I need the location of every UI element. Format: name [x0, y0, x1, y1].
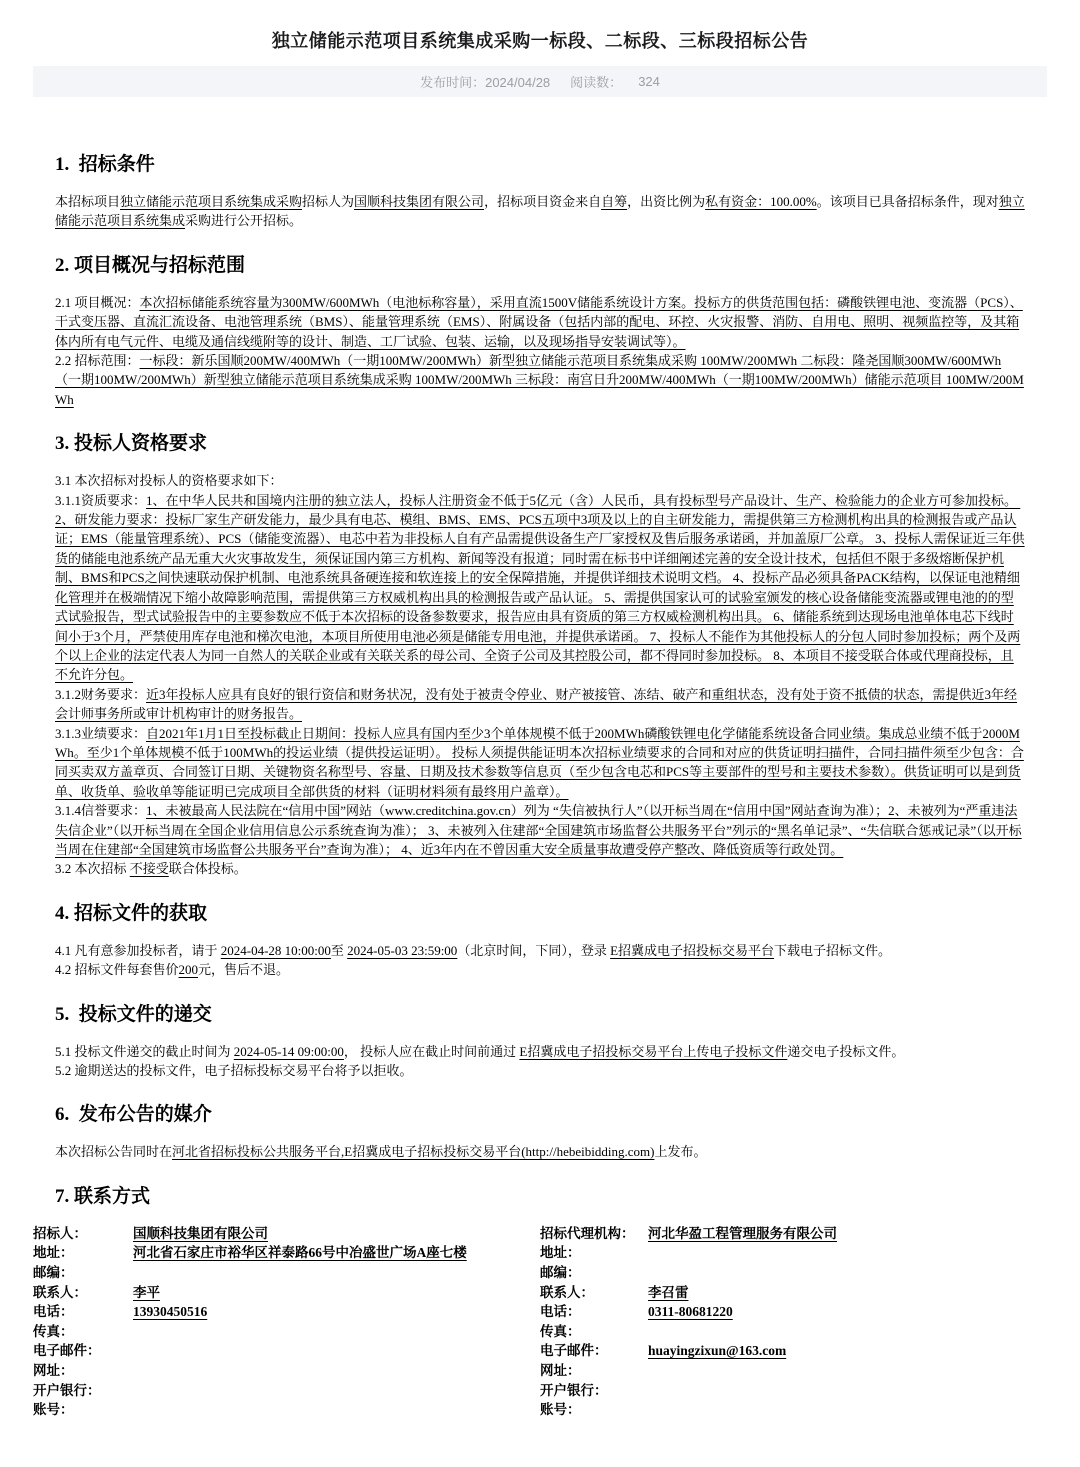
views-label: 阅读数： — [570, 72, 622, 91]
paragraph: 2.2 招标范围：一标段：新乐国顺200MW/400MWh（一期100MW/20… — [55, 351, 1025, 409]
contact-label: 联系人： — [33, 1283, 133, 1303]
paragraph: 4.1 凡有意参加投标者，请于 2024-04-28 10:00:00至 202… — [55, 941, 1025, 960]
static-text: 至 — [331, 943, 347, 958]
field-value: 1、在中华人民共和国境内注册的独立法人，投标人注册资金不低于5亿元（含）人民币，… — [55, 493, 1025, 683]
tender-announcement-page: 独立储能示范项目系统集成采购一标段、二标段、三标段招标公告 发布时间：2024/… — [0, 0, 1080, 1467]
field-value: 自2021年1月1日至投标截止日期间：投标人应具有国内至少3个单体规模不低于20… — [55, 726, 1024, 799]
contact-row: 账号： — [540, 1400, 1047, 1420]
static-text: 3.1 本次招标对投标人的资格要求如下： — [55, 473, 283, 488]
contact-label: 招标人： — [33, 1224, 133, 1244]
contact-label: 开户银行： — [540, 1381, 648, 1401]
contact-value: 国顺科技集团有限公司 — [133, 1224, 268, 1244]
contact-label: 电话： — [33, 1302, 133, 1322]
section-2-project-overview: 2. 项目概况与招标范围 2.1 项目概况：本次招标储能系统容量为300MW/6… — [55, 254, 1025, 409]
section-7-contact-info: 7. 联系方式 — [55, 1185, 1025, 1209]
static-text: 4.2 招标文件每套售价 — [55, 962, 179, 977]
contact-label: 传真： — [33, 1322, 133, 1342]
contact-row: 电子邮件： — [33, 1341, 540, 1361]
contact-email[interactable]: huayingzixun@163.com — [648, 1341, 786, 1361]
contact-label: 邮编： — [540, 1263, 648, 1283]
static-text: 元，售后不退。 — [198, 962, 289, 977]
static-text: 4.1 凡有意参加投标者，请于 — [55, 943, 221, 958]
platform-name: E招冀成电子招投标交易平台上传电子投标文件 — [519, 1044, 787, 1059]
static-text: 联合体投标。 — [169, 861, 247, 876]
static-text: 3.1.4信誉要求： — [55, 803, 146, 818]
paragraph: 3.1.3业绩要求：自2021年1月1日至投标截止日期间：投标人应具有国内至少3… — [55, 724, 1025, 802]
paragraph: 本招标项目独立储能示范项目系统集成采购招标人为国顺科技集团有限公司，招标项目资金… — [55, 192, 1025, 231]
contact-row: 电话：13930450516 — [33, 1302, 540, 1322]
section-6-announcement-media: 6. 发布公告的媒介 本次招标公告同时在河北省招标投标公共服务平台,E招冀成电子… — [55, 1103, 1025, 1161]
field-value: 不接受 — [130, 861, 169, 876]
contact-label: 网址： — [540, 1361, 648, 1381]
static-text: 递交电子投标文件。 — [787, 1044, 904, 1059]
contact-label: 电子邮件： — [33, 1341, 133, 1361]
paragraph: 4.2 招标文件每套售价200元，售后不退。 — [55, 960, 1025, 979]
contact-label: 招标代理机构： — [540, 1224, 648, 1244]
field-value: 近3年投标人应具有良好的银行资信和财务状况，没有处于被责令停业、财产被接管、冻结… — [55, 687, 1017, 721]
contact-value: 河北省石家庄市裕华区祥泰路66号中冶盛世广场A座七楼 — [133, 1243, 467, 1263]
section-heading: 2. 项目概况与招标范围 — [55, 254, 1025, 278]
contact-label: 联系人： — [540, 1283, 648, 1303]
section-heading: 7. 联系方式 — [55, 1185, 1025, 1209]
static-text: ，出资比例为 — [627, 194, 705, 209]
contact-label: 开户银行： — [33, 1381, 133, 1401]
static-text: 5.1 投标文件递交的截止时间为 — [55, 1044, 234, 1059]
contact-label: 邮编： — [33, 1263, 133, 1283]
paragraph: 3.1 本次招标对投标人的资格要求如下： — [55, 471, 1025, 490]
contact-row: 网址： — [33, 1361, 540, 1381]
field-value: 一标段：新乐国顺200MW/400MWh（一期100MW/200MWh）新型独立… — [55, 353, 1024, 407]
paragraph: 5.2 逾期送达的投标文件，电子招标投标交易平台将予以拒收。 — [55, 1061, 1025, 1080]
contact-row: 网址： — [540, 1361, 1047, 1381]
paragraph: 3.2 本次招标 不接受联合体投标。 — [55, 859, 1025, 878]
contact-row: 电子邮件：huayingzixun@163.com — [540, 1341, 1047, 1361]
contact-label: 地址： — [33, 1243, 133, 1263]
contact-label: 传真： — [540, 1322, 648, 1342]
field-value: 自筹 — [601, 194, 627, 209]
section-heading: 3. 投标人资格要求 — [55, 432, 1025, 456]
field-value: 国顺科技集团有限公司 — [354, 194, 484, 209]
static-text: ， 投标人应在截止时间前通过 — [344, 1044, 520, 1059]
contact-row: 开户银行： — [540, 1381, 1047, 1401]
contact-label: 网址： — [33, 1361, 133, 1381]
contact-row: 邮编： — [33, 1263, 540, 1283]
section-heading: 1. 招标条件 — [55, 153, 1025, 177]
static-text: 3.1.1资质要求： — [55, 493, 146, 508]
platform-name: E招冀成电子招投标交易平台 — [610, 943, 774, 958]
contact-row: 地址： — [540, 1243, 1047, 1263]
contact-value: 0311-80681220 — [648, 1302, 733, 1322]
static-text: 上发布。 — [654, 1144, 706, 1159]
section-1-bidding-conditions: 1. 招标条件 本招标项目独立储能示范项目系统集成采购招标人为国顺科技集团有限公… — [55, 153, 1025, 231]
contact-row: 账号： — [33, 1400, 540, 1420]
section-heading: 4. 招标文件的获取 — [55, 902, 1025, 926]
contact-value: 李召雷 — [648, 1283, 689, 1303]
static-text: 2.1 项目概况： — [55, 295, 140, 310]
tenderer-column: 招标人：国顺科技集团有限公司 地址：河北省石家庄市裕华区祥泰路66号中冶盛世广场… — [33, 1224, 540, 1420]
section-heading: 6. 发布公告的媒介 — [55, 1103, 1025, 1127]
paragraph: 3.1.1资质要求：1、在中华人民共和国境内注册的独立法人，投标人注册资金不低于… — [55, 491, 1025, 685]
contact-row: 招标代理机构：河北华盈工程管理服务有限公司 — [540, 1224, 1047, 1244]
contact-label: 电话： — [540, 1302, 648, 1322]
views-count: 324 — [638, 74, 660, 89]
static-text: 本次招标公告同时在 — [55, 1144, 172, 1159]
document-body: 1. 招标条件 本招标项目独立储能示范项目系统集成采购招标人为国顺科技集团有限公… — [55, 153, 1025, 1209]
field-value: 独立储能示范项目系统集成采购 — [120, 194, 302, 209]
publish-time: 发布时间：2024/04/28 — [420, 72, 550, 91]
page-title: 独立储能示范项目系统集成采购一标段、二标段、三标段招标公告 — [0, 0, 1080, 53]
contact-label: 地址： — [540, 1243, 648, 1263]
field-value: 私有资金：100.00% — [705, 194, 817, 209]
field-value: 2024-05-14 09:00:00 — [234, 1044, 344, 1059]
section-4-obtaining-documents: 4. 招标文件的获取 4.1 凡有意参加投标者，请于 2024-04-28 10… — [55, 902, 1025, 980]
static-text: 。该项目已具备招标条件，现对 — [817, 194, 999, 209]
static-text: ，招标项目资金来自 — [484, 194, 601, 209]
contact-value: 河北华盈工程管理服务有限公司 — [648, 1224, 837, 1244]
paragraph: 本次招标公告同时在河北省招标投标公共服务平台,E招冀成电子招标投标交易平台(ht… — [55, 1142, 1025, 1161]
contact-value: 13930450516 — [133, 1302, 207, 1322]
meta-bar: 发布时间：2024/04/28 阅读数： 324 — [33, 66, 1047, 97]
paragraph: 2.1 项目概况：本次招标储能系统容量为300MW/600MWh（电池标称容量）… — [55, 293, 1025, 351]
static-text: 采购进行公开招标。 — [185, 213, 302, 228]
contact-label: 账号： — [33, 1400, 133, 1420]
static-text: （北京时间，下同），登录 — [457, 943, 610, 958]
contact-value: 李平 — [133, 1283, 160, 1303]
field-value: 2024-04-28 10:00:00 — [221, 943, 331, 958]
contact-row: 邮编： — [540, 1263, 1047, 1283]
paragraph: 3.1.4信誉要求：1、未被最高人民法院在“信用中国”网站（www.credit… — [55, 801, 1025, 859]
section-3-bidder-qualifications: 3. 投标人资格要求 3.1 本次招标对投标人的资格要求如下： 3.1.1资质要… — [55, 432, 1025, 879]
field-value: 1、未被最高人民法院在“信用中国”网站（www.creditchina.gov.… — [55, 803, 1022, 857]
contact-label: 账号： — [540, 1400, 648, 1420]
contact-table: 招标人：国顺科技集团有限公司 地址：河北省石家庄市裕华区祥泰路66号中冶盛世广场… — [33, 1224, 1047, 1420]
static-text: 下载电子招标文件。 — [774, 943, 891, 958]
contact-row: 传真： — [33, 1322, 540, 1342]
static-text: 本招标项目 — [55, 194, 120, 209]
paragraph: 5.1 投标文件递交的截止时间为 2024-05-14 09:00:00， 投标… — [55, 1042, 1025, 1061]
field-value: 200 — [179, 962, 199, 977]
static-text: 3.1.3业绩要求： — [55, 726, 146, 741]
static-text: 3.1.2财务要求： — [55, 687, 146, 702]
static-text: 3.2 本次招标 — [55, 861, 130, 876]
contact-row: 传真： — [540, 1322, 1047, 1342]
field-value: 2024-05-03 23:59:00 — [347, 943, 457, 958]
contact-row: 联系人：李平 — [33, 1283, 540, 1303]
section-5-bid-submission: 5. 投标文件的递交 5.1 投标文件递交的截止时间为 2024-05-14 0… — [55, 1003, 1025, 1081]
contact-row: 招标人：国顺科技集团有限公司 — [33, 1224, 540, 1244]
contact-row: 联系人：李召雷 — [540, 1283, 1047, 1303]
static-text: 招标人为 — [302, 194, 354, 209]
contact-row: 开户银行： — [33, 1381, 540, 1401]
section-heading: 5. 投标文件的递交 — [55, 1003, 1025, 1027]
static-text: 5.2 逾期送达的投标文件，电子招标投标交易平台将予以拒收。 — [55, 1063, 413, 1078]
paragraph: 3.1.2财务要求：近3年投标人应具有良好的银行资信和财务状况，没有处于被责令停… — [55, 685, 1025, 724]
contact-label: 电子邮件： — [540, 1341, 648, 1361]
field-value: 本次招标储能系统容量为300MW/600MWh（电池标称容量），采用直流1500… — [55, 295, 1023, 349]
platform-link-text[interactable]: 河北省招标投标公共服务平台,E招冀成电子招标投标交易平台(http://hebe… — [172, 1144, 654, 1159]
contact-row: 地址：河北省石家庄市裕华区祥泰路66号中冶盛世广场A座七楼 — [33, 1243, 540, 1263]
static-text: 2.2 招标范围： — [55, 353, 140, 368]
contact-row: 电话：0311-80681220 — [540, 1302, 1047, 1322]
agency-column: 招标代理机构：河北华盈工程管理服务有限公司 地址： 邮编： 联系人：李召雷 电话… — [540, 1224, 1047, 1420]
